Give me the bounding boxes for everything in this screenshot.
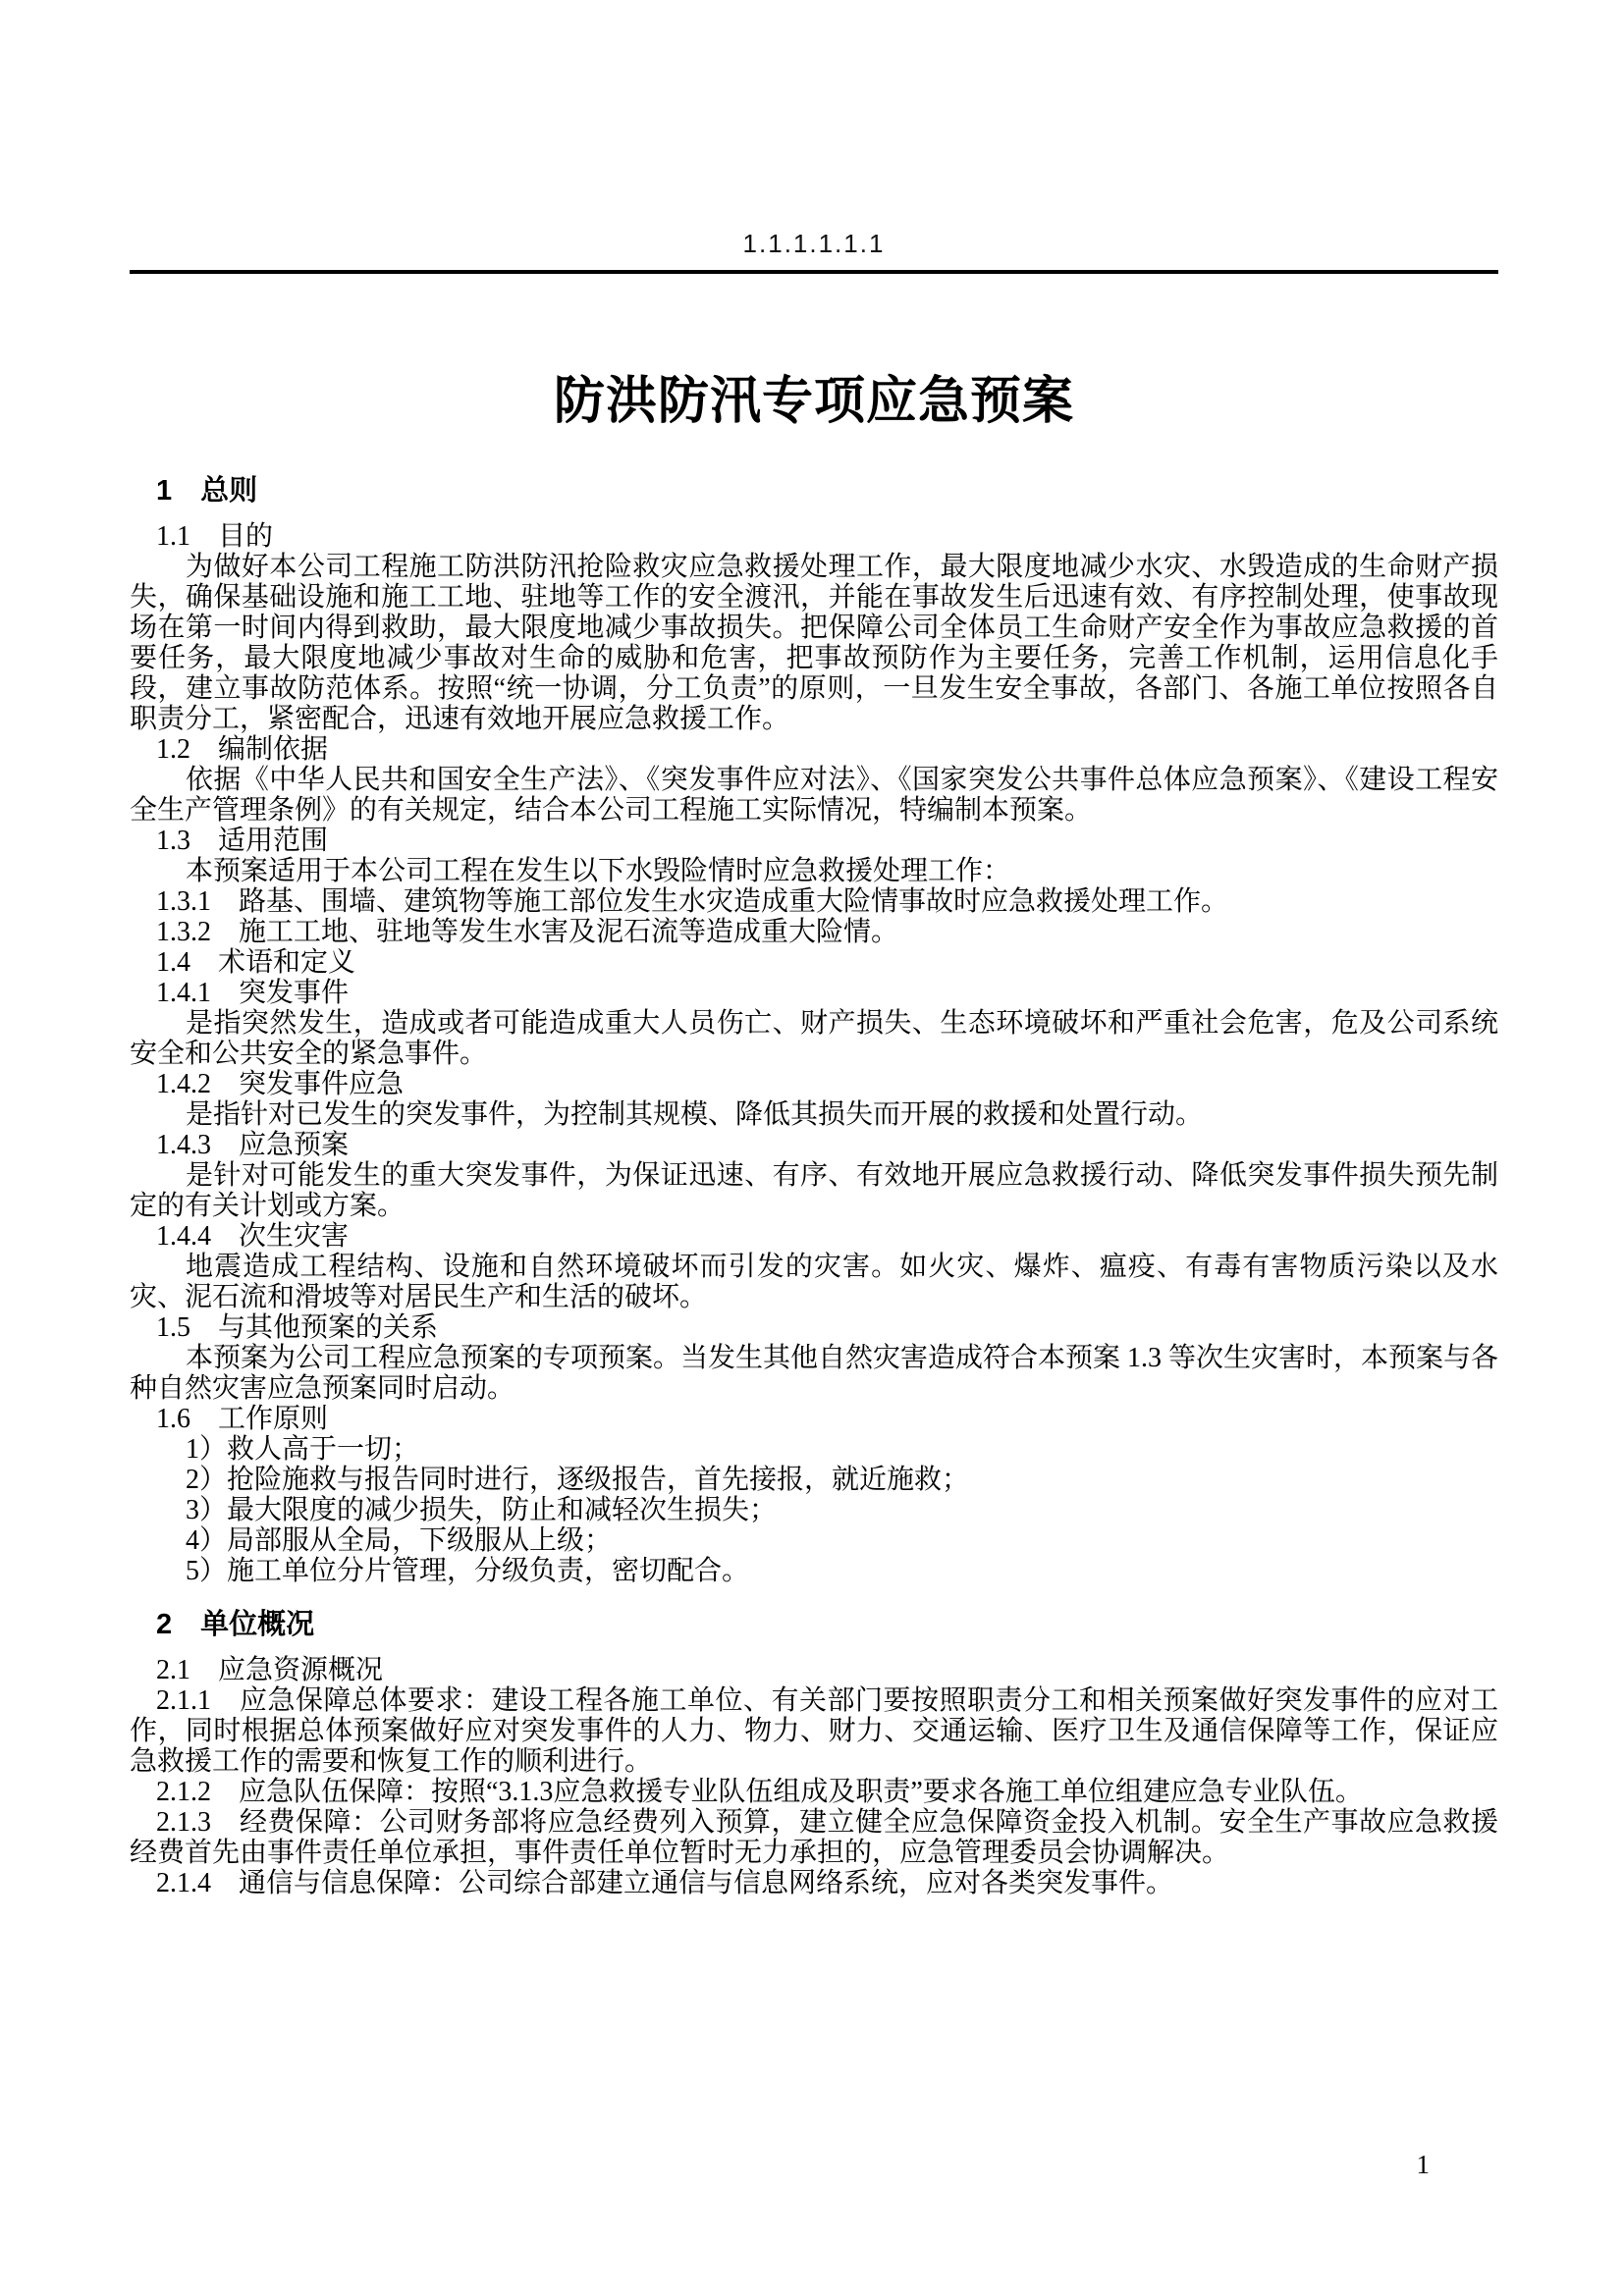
subsection-heading: 1.5 与其他预案的关系	[130, 1312, 1498, 1343]
document-body: 1 总则1.1 目的为做好本公司工程施工防洪防汛抢险救灾应急救援处理工作，最大限…	[130, 474, 1498, 1898]
clause-paragraph: 2.1.1 应急保障总体要求：建设工程各施工单位、有关部门要按照职责分工和相关预…	[130, 1685, 1498, 1777]
page-header: 1.1.1.1.1.1	[130, 0, 1498, 274]
section-heading: 1 总则	[130, 474, 1498, 507]
clause-paragraph: 1.4.2 突发事件应急	[130, 1069, 1498, 1099]
clause-paragraph: 2.1.2 应急队伍保障：按照“3.1.3应急救援专业队伍组成及职责”要求各施工…	[130, 1777, 1498, 1807]
subsection-heading: 1.2 编制依据	[130, 734, 1498, 765]
clause-paragraph: 2.1.3 经费保障：公司财务部将应急经费列入预算，建立健全应急保障资金投入机制…	[130, 1807, 1498, 1868]
list-item: 5）施工单位分片管理，分级负责，密切配合。	[130, 1556, 1498, 1586]
subsection-heading: 1.4 术语和定义	[130, 947, 1498, 978]
subsection-heading: 2.1 应急资源概况	[130, 1655, 1498, 1685]
page-footer: 1	[1417, 2150, 1431, 2179]
body-paragraph: 为做好本公司工程施工防洪防汛抢险救灾应急救援处理工作，最大限度地减少水灾、水毁造…	[130, 552, 1498, 734]
subsection-heading: 1.1 目的	[130, 521, 1498, 552]
body-paragraph: 是指针对已发生的突发事件，为控制其规模、降低其损失而开展的救援和处置行动。	[130, 1099, 1498, 1130]
header-outline-number: 1.1.1.1.1.1	[130, 230, 1498, 257]
body-paragraph: 地震造成工程结构、设施和自然环境破坏而引发的灾害。如火灾、爆炸、瘟疫、有毒有害物…	[130, 1252, 1498, 1312]
subsection-heading: 1.6 工作原则	[130, 1404, 1498, 1434]
list-item: 2）抢险施救与报告同时进行，逐级报告，首先接报，就近施救；	[130, 1465, 1498, 1495]
body-paragraph: 是针对可能发生的重大突发事件，为保证迅速、有序、有效地开展应急救援行动、降低突发…	[130, 1160, 1498, 1221]
document-title: 防洪防汛专项应急预案	[130, 372, 1498, 431]
list-item: 1）救人高于一切；	[130, 1434, 1498, 1465]
body-paragraph: 是指突然发生，造成或者可能造成重大人员伤亡、财产损失、生态环境破坏和严重社会危害…	[130, 1008, 1498, 1069]
clause-paragraph: 2.1.4 通信与信息保障：公司综合部建立通信与信息网络系统，应对各类突发事件。	[130, 1868, 1498, 1898]
body-paragraph: 依据《中华人民共和国安全生产法》、《突发事件应对法》、《国家突发公共事件总体应急…	[130, 765, 1498, 826]
section-heading: 2 单位概况	[130, 1608, 1498, 1641]
list-item: 3）最大限度的减少损失，防止和减轻次生损失；	[130, 1495, 1498, 1525]
clause-paragraph: 1.4.1 突发事件	[130, 978, 1498, 1008]
list-item: 4）局部服从全局，下级服从上级；	[130, 1525, 1498, 1556]
subsection-heading: 1.3 适用范围	[130, 826, 1498, 856]
clause-paragraph: 1.4.3 应急预案	[130, 1130, 1498, 1160]
body-paragraph: 本预案适用于本公司工程在发生以下水毁险情时应急救援处理工作：	[130, 856, 1498, 886]
clause-paragraph: 1.3.2 施工工地、驻地等发生水害及泥石流等造成重大险情。	[130, 917, 1498, 947]
clause-paragraph: 1.3.1 路基、围墙、建筑物等施工部位发生水灾造成重大险情事故时应急救援处理工…	[130, 886, 1498, 917]
page-number: 1	[1417, 2150, 1431, 2179]
clause-paragraph: 1.4.4 次生灾害	[130, 1221, 1498, 1252]
header-rule	[130, 270, 1498, 274]
document-page: 1.1.1.1.1.1 防洪防汛专项应急预案 1 总则1.1 目的为做好本公司工…	[0, 0, 1624, 2296]
body-paragraph: 本预案为公司工程应急预案的专项预案。当发生其他自然灾害造成符合本预案 1.3 等…	[130, 1343, 1498, 1404]
